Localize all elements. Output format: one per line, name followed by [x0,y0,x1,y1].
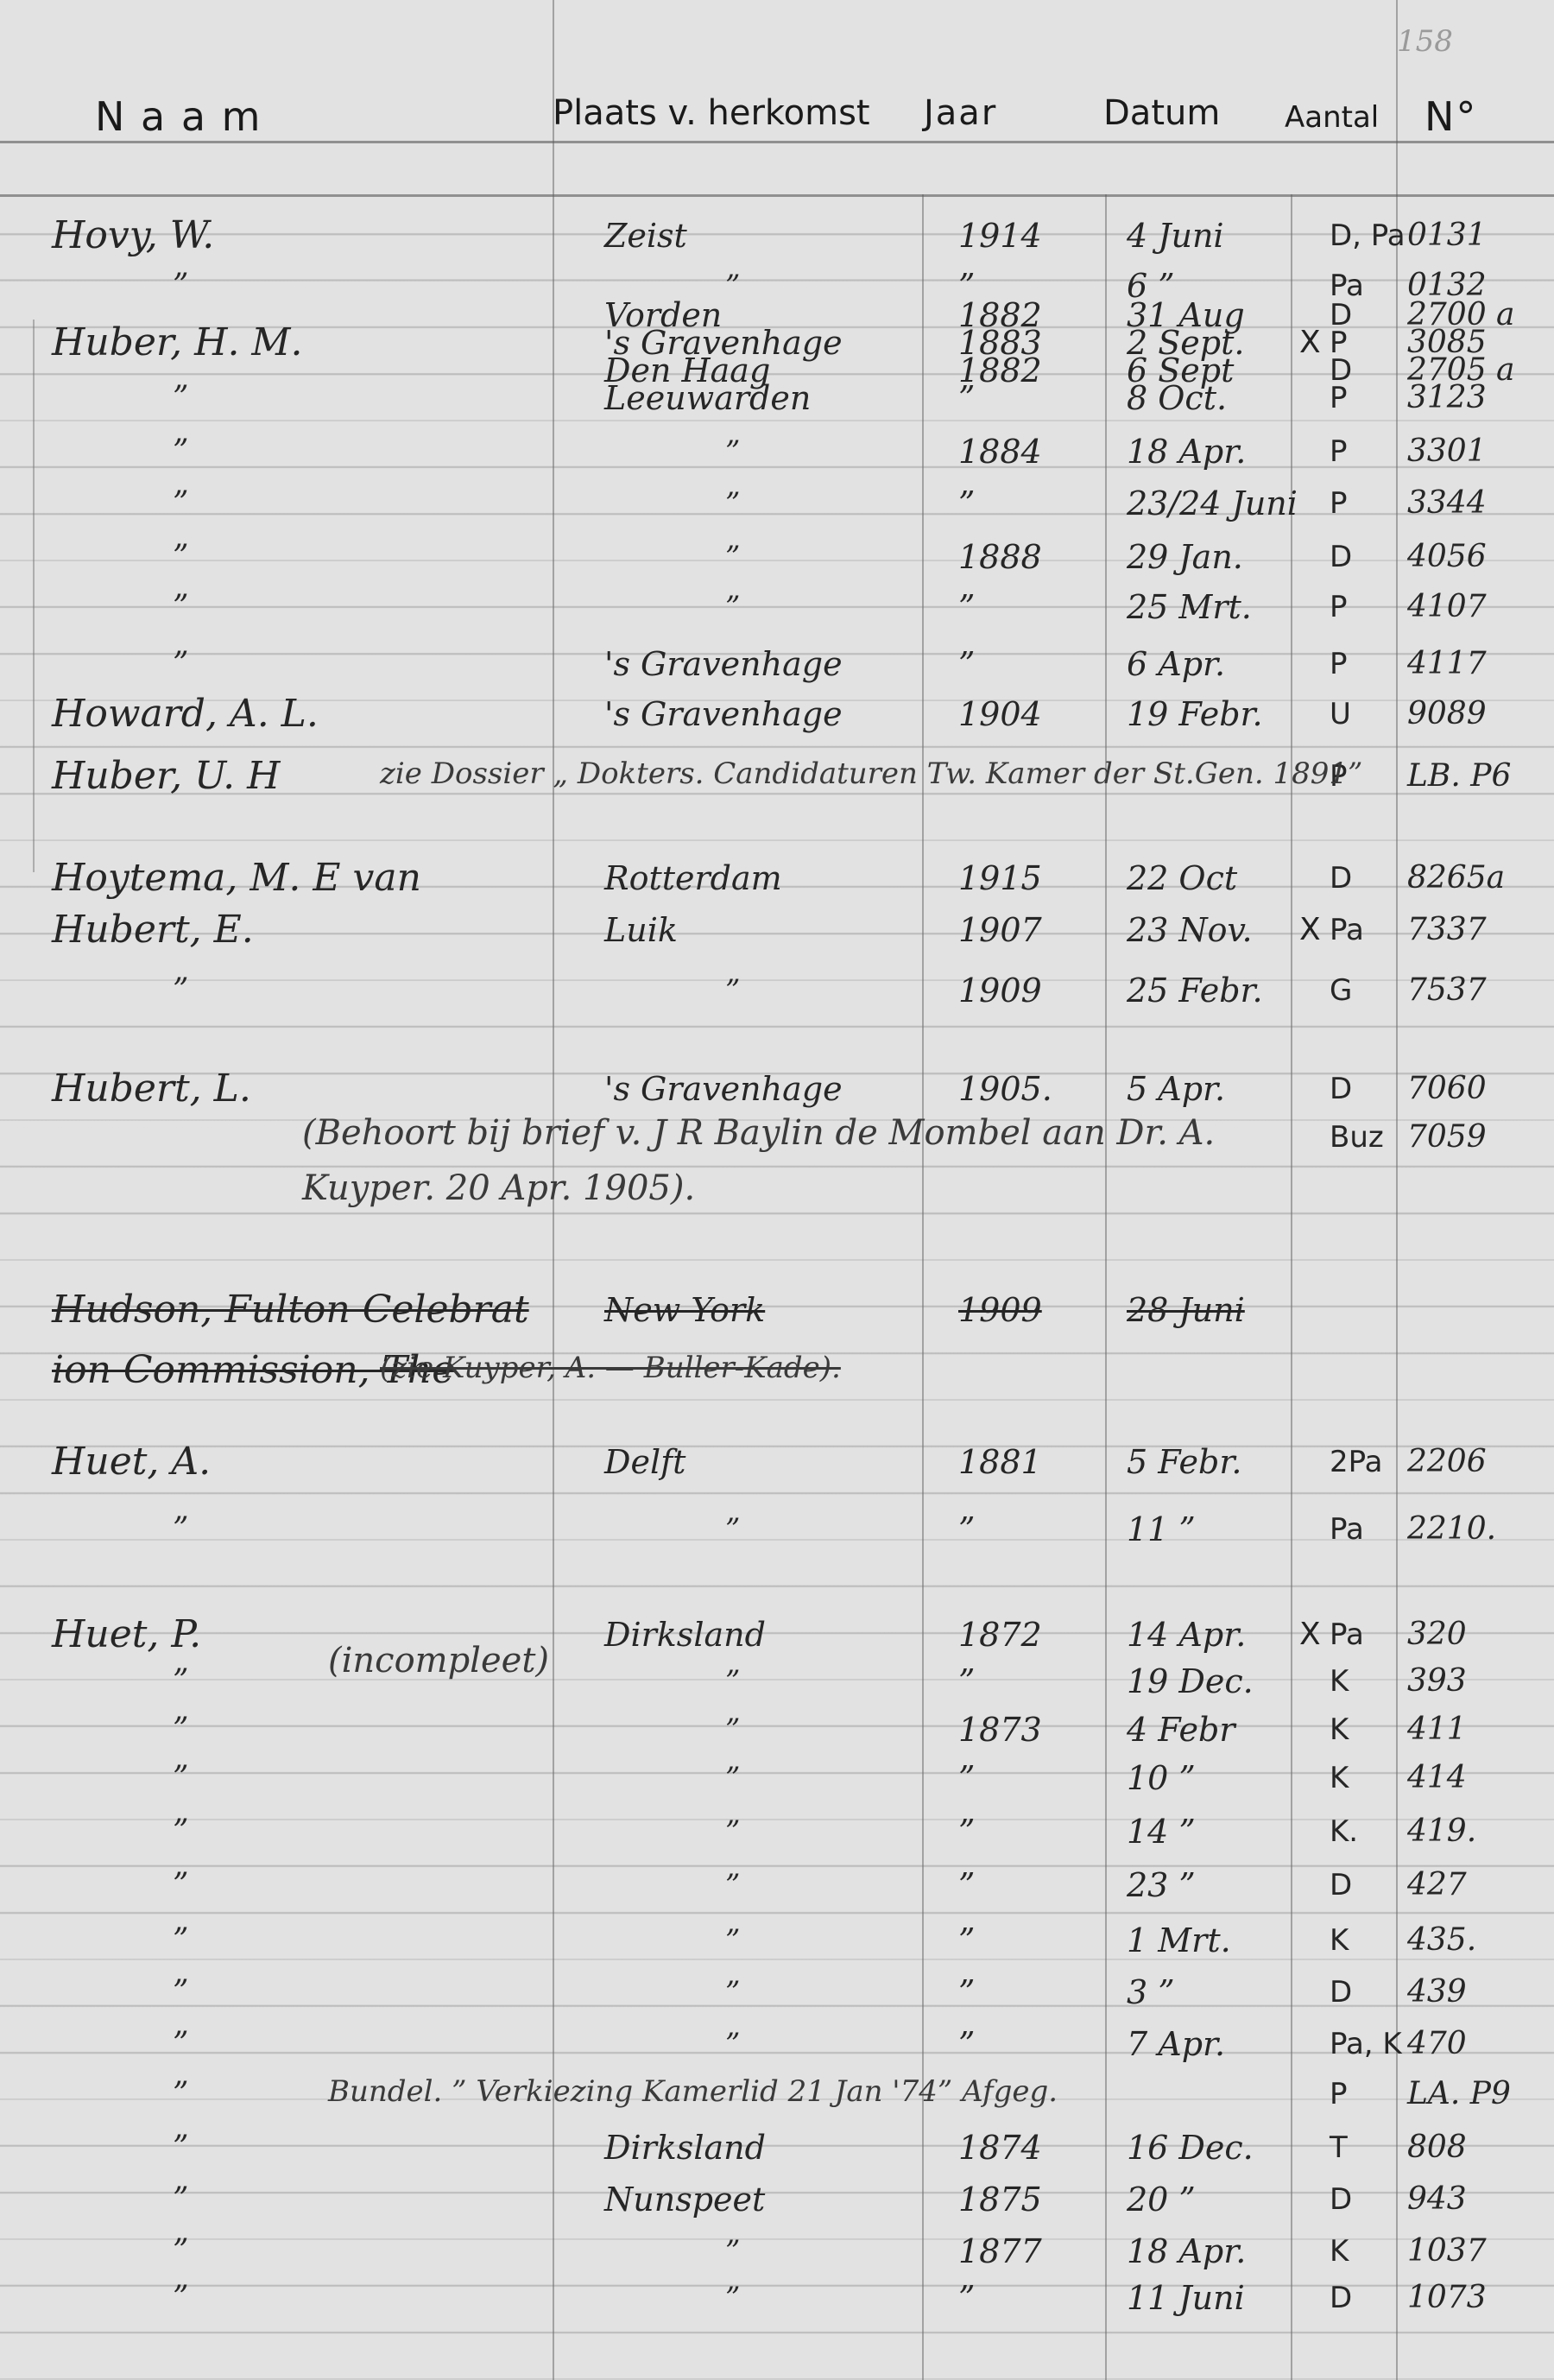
entry-date: 19 Dec. [1127,1658,1254,1705]
entry-count: T [1330,2124,1348,2171]
entry-name: ” [173,1658,188,1705]
entry-count: D [1330,1862,1352,1908]
ledger-row: ”””14 ”K.419. [0,1808,1554,1855]
entry-date: 22 Oct [1127,855,1237,902]
entry-remark-note: (Behoort bij brief v. J R Baylin de Momb… [302,1105,1269,1216]
entry-date: 23 ” [1127,1862,1196,1908]
entry-year: 1907 [958,907,1042,953]
entry-number: 439 [1407,1969,1467,2016]
entry-name: ” [173,480,188,527]
entry-year: 1872 [958,1611,1042,1658]
entry-count: D [1330,1066,1352,1112]
entry-place: ” [725,2228,740,2275]
entry-count: K [1330,1755,1349,1801]
entry-place: ” [725,1969,740,2016]
entry-name: ” [173,375,188,421]
ledger-row: ion Commission, The(zie Kuyper, A. — Bul… [0,1347,1554,1394]
entry-count: K [1330,1658,1349,1705]
ledger-row: Huet, P.Dirksland187214 Apr.Pa320X [0,1611,1554,1658]
entry-date: 18 Apr. [1127,428,1246,475]
entry-date: 10 ” [1127,1755,1196,1801]
entry-year: ” [958,1506,975,1553]
entry-place: Dirksland [604,1611,766,1658]
ledger-row: ”Nunspeet187520 ”D943 [0,2176,1554,2223]
entry-date: 5 Febr. [1127,1439,1241,1485]
ledger-row: Howard, A. L.'s Gravenhage190419 Febr.U9… [0,691,1554,737]
entry-number: 4056 [1407,534,1487,580]
entry-name: Hovy, W. [52,212,214,259]
entry-place-note: zie Dossier „ Dokters. Candidaturen Tw. … [380,756,1362,791]
entry-count: K. [1330,1808,1358,1855]
entry-place: Nunspeet [604,2176,765,2223]
entry-name: ” [173,2124,188,2171]
ledger-row: ”””11 JuniD1073 [0,2275,1554,2321]
ledger-row: ””187718 Apr.K1037 [0,2228,1554,2275]
ledger-row: Hubert, E.Luik190723 Nov.Pa7337X [0,907,1554,953]
entry-year: ” [958,375,975,421]
entry-name: ” [173,1808,188,1855]
entry-year: 1874 [958,2124,1042,2171]
entry-number: 7337 [1407,907,1487,953]
entry-year: 1915 [958,855,1042,902]
entry-count: D [1330,2176,1352,2223]
entry-name: Huet, A. [52,1439,211,1485]
entry-place: Leeuwarden [604,375,811,421]
entry-name: ” [173,967,188,1014]
entry-count: P [1330,375,1348,421]
entry-name: ” [173,534,188,580]
entry-number: 3123 [1407,375,1487,421]
entry-name: ” [173,1917,188,1964]
entry-name: ” [173,1755,188,1801]
entry-year: ” [958,1862,975,1908]
entry-count: D, Pa [1330,212,1406,259]
entry-year: 1909 [958,1287,1042,1333]
entry-year: 1881 [958,1439,1042,1485]
entry-date: 4 Juni [1127,212,1224,259]
entry-date: 8 Oct. [1127,375,1227,421]
entry-name: ” [173,2021,188,2067]
entry-year: ” [958,584,975,630]
ledger-row: ”””10 ”K414 [0,1755,1554,1801]
ledger-row: ”””11 ”Pa2210. [0,1506,1554,1553]
entry-count: D [1330,2275,1352,2321]
entry-number: 7537 [1407,967,1487,1014]
entry-year: 1873 [958,1706,1042,1753]
entry-date: 7 Apr. [1127,2021,1225,2067]
ledger-row: Hudson, Fulton CelebratNew York190928 Ju… [0,1287,1554,1333]
entry-date: 16 Dec. [1127,2124,1254,2171]
entry-year: ” [958,1658,975,1705]
entry-number: 4107 [1407,584,1487,630]
entry-year: 1888 [958,534,1042,580]
ledger-row: ””18734 FebrK411 [0,1706,1554,1753]
entry-year: 1875 [958,2176,1042,2223]
entry-place: ” [725,428,740,475]
entry-year: 1909 [958,967,1042,1014]
ledger-row: Buz7059(Behoort bij brief v. J R Baylin … [0,1114,1554,1161]
entry-place: ” [725,1706,740,1753]
entry-name: ” [173,2176,188,2223]
entry-remark: (incompleet) [328,1641,549,1681]
entry-name: Hudson, Fulton Celebrat [52,1287,529,1333]
entry-year: ” [958,2021,975,2067]
entry-number: 470 [1407,2021,1467,2067]
entry-place: ” [725,1658,740,1705]
entry-place-note: (zie Kuyper, A. — Buller-Kade). [380,1351,841,1385]
entry-date: 25 Febr. [1127,967,1263,1014]
entry-date: 1 Mrt. [1127,1917,1231,1964]
entry-place: ” [725,2021,740,2067]
entry-place: Rotterdam [604,855,782,902]
entry-year: ” [958,1917,975,1964]
entry-place: ” [725,534,740,580]
ledger-row: ”””25 Mrt.P4107 [0,584,1554,630]
entry-name: ” [173,1862,188,1908]
entry-place: ” [725,480,740,527]
entry-date: 19 Febr. [1127,691,1263,737]
entry-number: 808 [1407,2124,1467,2171]
entry-number: 7060 [1407,1066,1487,1112]
entry-name: Hubert, E. [52,907,254,953]
entry-count: D [1330,1969,1352,2016]
entry-count: 2Pa [1330,1439,1382,1485]
ledger-row: ”””1 Mrt.K435. [0,1917,1554,1964]
entry-count: K [1330,1917,1349,1964]
entry-number: 0131 [1407,212,1487,259]
entry-number: 2206 [1407,1439,1487,1485]
entry-year: ” [958,1755,975,1801]
entry-name: ” [173,2275,188,2321]
entry-name: Howard, A. L. [52,691,319,737]
entry-place: Delft [604,1439,685,1485]
entry-place: Luik [604,907,678,953]
entry-number: 1073 [1407,2275,1487,2321]
entry-date: 28 Juni [1127,1287,1245,1333]
entry-count: Pa [1330,907,1364,953]
entry-number: 414 [1407,1755,1467,1801]
entry-name: Hubert, L. [52,1066,251,1112]
entry-count: P [1330,2071,1348,2117]
entry-number: 411 [1407,1706,1467,1753]
entry-date: 23 Nov. [1127,907,1253,953]
entry-number: 2210. [1407,1506,1496,1553]
entry-year: 1884 [958,428,1042,475]
header-jaar: Jaar [924,93,997,133]
ledger-row: Hovy, W.Zeist19144 JuniD, Pa0131 [0,212,1554,259]
entry-year: ” [958,1969,975,2016]
ledger-row: ”PLA. P9Bundel. ” Verkiezing Kamerlid 21… [0,2071,1554,2117]
entry-number: 3344 [1407,480,1487,527]
entry-name: ” [173,641,188,687]
entry-place: ” [725,584,740,630]
entry-place: Dirksland [604,2124,766,2171]
entry-number: 427 [1407,1862,1467,1908]
entry-year: ” [958,480,975,527]
ledger-row: ”””3 ”D439 [0,1969,1554,2016]
entry-count: Buz [1330,1114,1384,1161]
ledger-row: ”””23/24 JuniP3344 [0,480,1554,527]
entry-date: 11 Juni [1127,2275,1245,2321]
entry-name: Huber, U. H [52,753,280,800]
header-aantal: Aantal [1285,100,1379,135]
entry-count: G [1330,967,1352,1014]
entry-name: ” [173,2071,188,2117]
entry-name: ” [173,1706,188,1753]
entry-place: ” [725,1917,740,1964]
entry-date: 14 Apr. [1127,1611,1246,1658]
ledger-row: ”””19 Dec.K393(incompleet) [0,1658,1554,1705]
entry-date: 20 ” [1127,2176,1196,2223]
ledger-row: ”””7 Apr.Pa, K470 [0,2021,1554,2067]
entry-count: P [1330,641,1348,687]
header-nr: N° [1424,93,1477,140]
entry-name: ” [173,2228,188,2275]
ledger-row: ”Dirksland187416 Dec.T808 [0,2124,1554,2171]
entry-count: P [1330,584,1348,630]
entry-date: 29 Jan. [1127,534,1243,580]
entry-number: 435. [1407,1917,1476,1964]
ledger-row: Huber, U. HPLB. P6zie Dossier „ Dokters.… [0,753,1554,800]
header-rule-top [0,141,1554,143]
entry-date: 6 Apr. [1127,641,1225,687]
ledger-row: ”Leeuwarden”8 Oct.P3123 [0,375,1554,421]
entry-date: 14 ” [1127,1808,1196,1855]
entry-place-note: Bundel. ” Verkiezing Kamerlid 21 Jan '74… [328,2074,1058,2109]
entry-date: 11 ” [1127,1506,1196,1553]
entry-place: ” [725,2275,740,2321]
header-naam: N a a m [95,93,262,140]
entry-year: ” [958,1808,975,1855]
entry-count: P [1330,480,1348,527]
entry-place: New York [604,1287,765,1333]
page-number: 158 [1397,24,1453,59]
entry-name: ” [173,1969,188,2016]
entry-place: 's Gravenhage [604,691,843,737]
entry-count: D [1330,534,1352,580]
entry-place: ” [725,967,740,1014]
entry-number: LA. P9 [1407,2071,1511,2117]
entry-number: 393 [1407,1658,1467,1705]
entry-number: 1037 [1407,2228,1487,2275]
entry-place: ” [725,1506,740,1553]
entry-count: U [1330,691,1351,737]
entry-number: 419. [1407,1808,1476,1855]
ledger-row: ””188418 Apr.P3301 [0,428,1554,475]
entry-date: 23/24 Juni [1127,480,1298,527]
entry-name: Huet, P. [52,1611,201,1658]
entry-date: 4 Febr [1127,1706,1235,1753]
entry-name: ” [173,1506,188,1553]
entry-name: ” [173,584,188,630]
entry-count: Pa [1330,1611,1364,1658]
entry-count: Pa [1330,1506,1364,1553]
entry-year: 1877 [958,2228,1042,2275]
entry-place: 's Gravenhage [604,641,843,687]
entry-place: Zeist [604,212,687,259]
entry-number: 3301 [1407,428,1487,475]
entry-name: Hoytema, M. E van [52,855,421,902]
entry-number: 4117 [1407,641,1487,687]
ledger-row: ”””23 ”D427 [0,1862,1554,1908]
entry-number: LB. P6 [1407,753,1511,800]
entry-date: 3 ” [1127,1969,1175,2016]
header-datum: Datum [1103,93,1220,133]
entry-date: 18 Apr. [1127,2228,1246,2275]
entry-count: K [1330,2228,1349,2275]
entry-number: 7059 [1407,1114,1487,1161]
entry-place: ” [725,1755,740,1801]
entry-year: ” [958,2275,975,2321]
ledger-row: Huet, A.Delft18815 Febr.2Pa2206 [0,1439,1554,1485]
entry-number: 9089 [1407,691,1487,737]
entry-place: ” [725,1862,740,1908]
ledger-row: ”'s Gravenhage”6 Apr.P4117 [0,641,1554,687]
entry-date: 25 Mrt. [1127,584,1252,630]
header-rule-bottom [0,194,1554,197]
cross-mark-icon: X [1299,1617,1321,1652]
entry-year: 1904 [958,691,1042,737]
entry-year: ” [958,641,975,687]
header-plaats: Plaats v. herkomst [553,93,870,133]
ledger-row: ””190925 Febr.G7537 [0,967,1554,1014]
entry-count: P [1330,428,1348,475]
entry-place: ” [725,1808,740,1855]
entry-number: 8265a [1407,855,1505,902]
entry-count: D [1330,855,1352,902]
ledger-row: ””188829 Jan.D4056 [0,534,1554,580]
entry-count: Pa, K [1330,2021,1402,2067]
entry-number: 943 [1407,2176,1467,2223]
entry-number: 320 [1407,1611,1467,1658]
cross-mark-icon: X [1299,912,1321,947]
ledger-row: Hoytema, M. E vanRotterdam191522 OctD826… [0,855,1554,902]
entry-name: ” [173,428,188,475]
entry-count: K [1330,1706,1349,1753]
entry-year: 1914 [958,212,1042,259]
